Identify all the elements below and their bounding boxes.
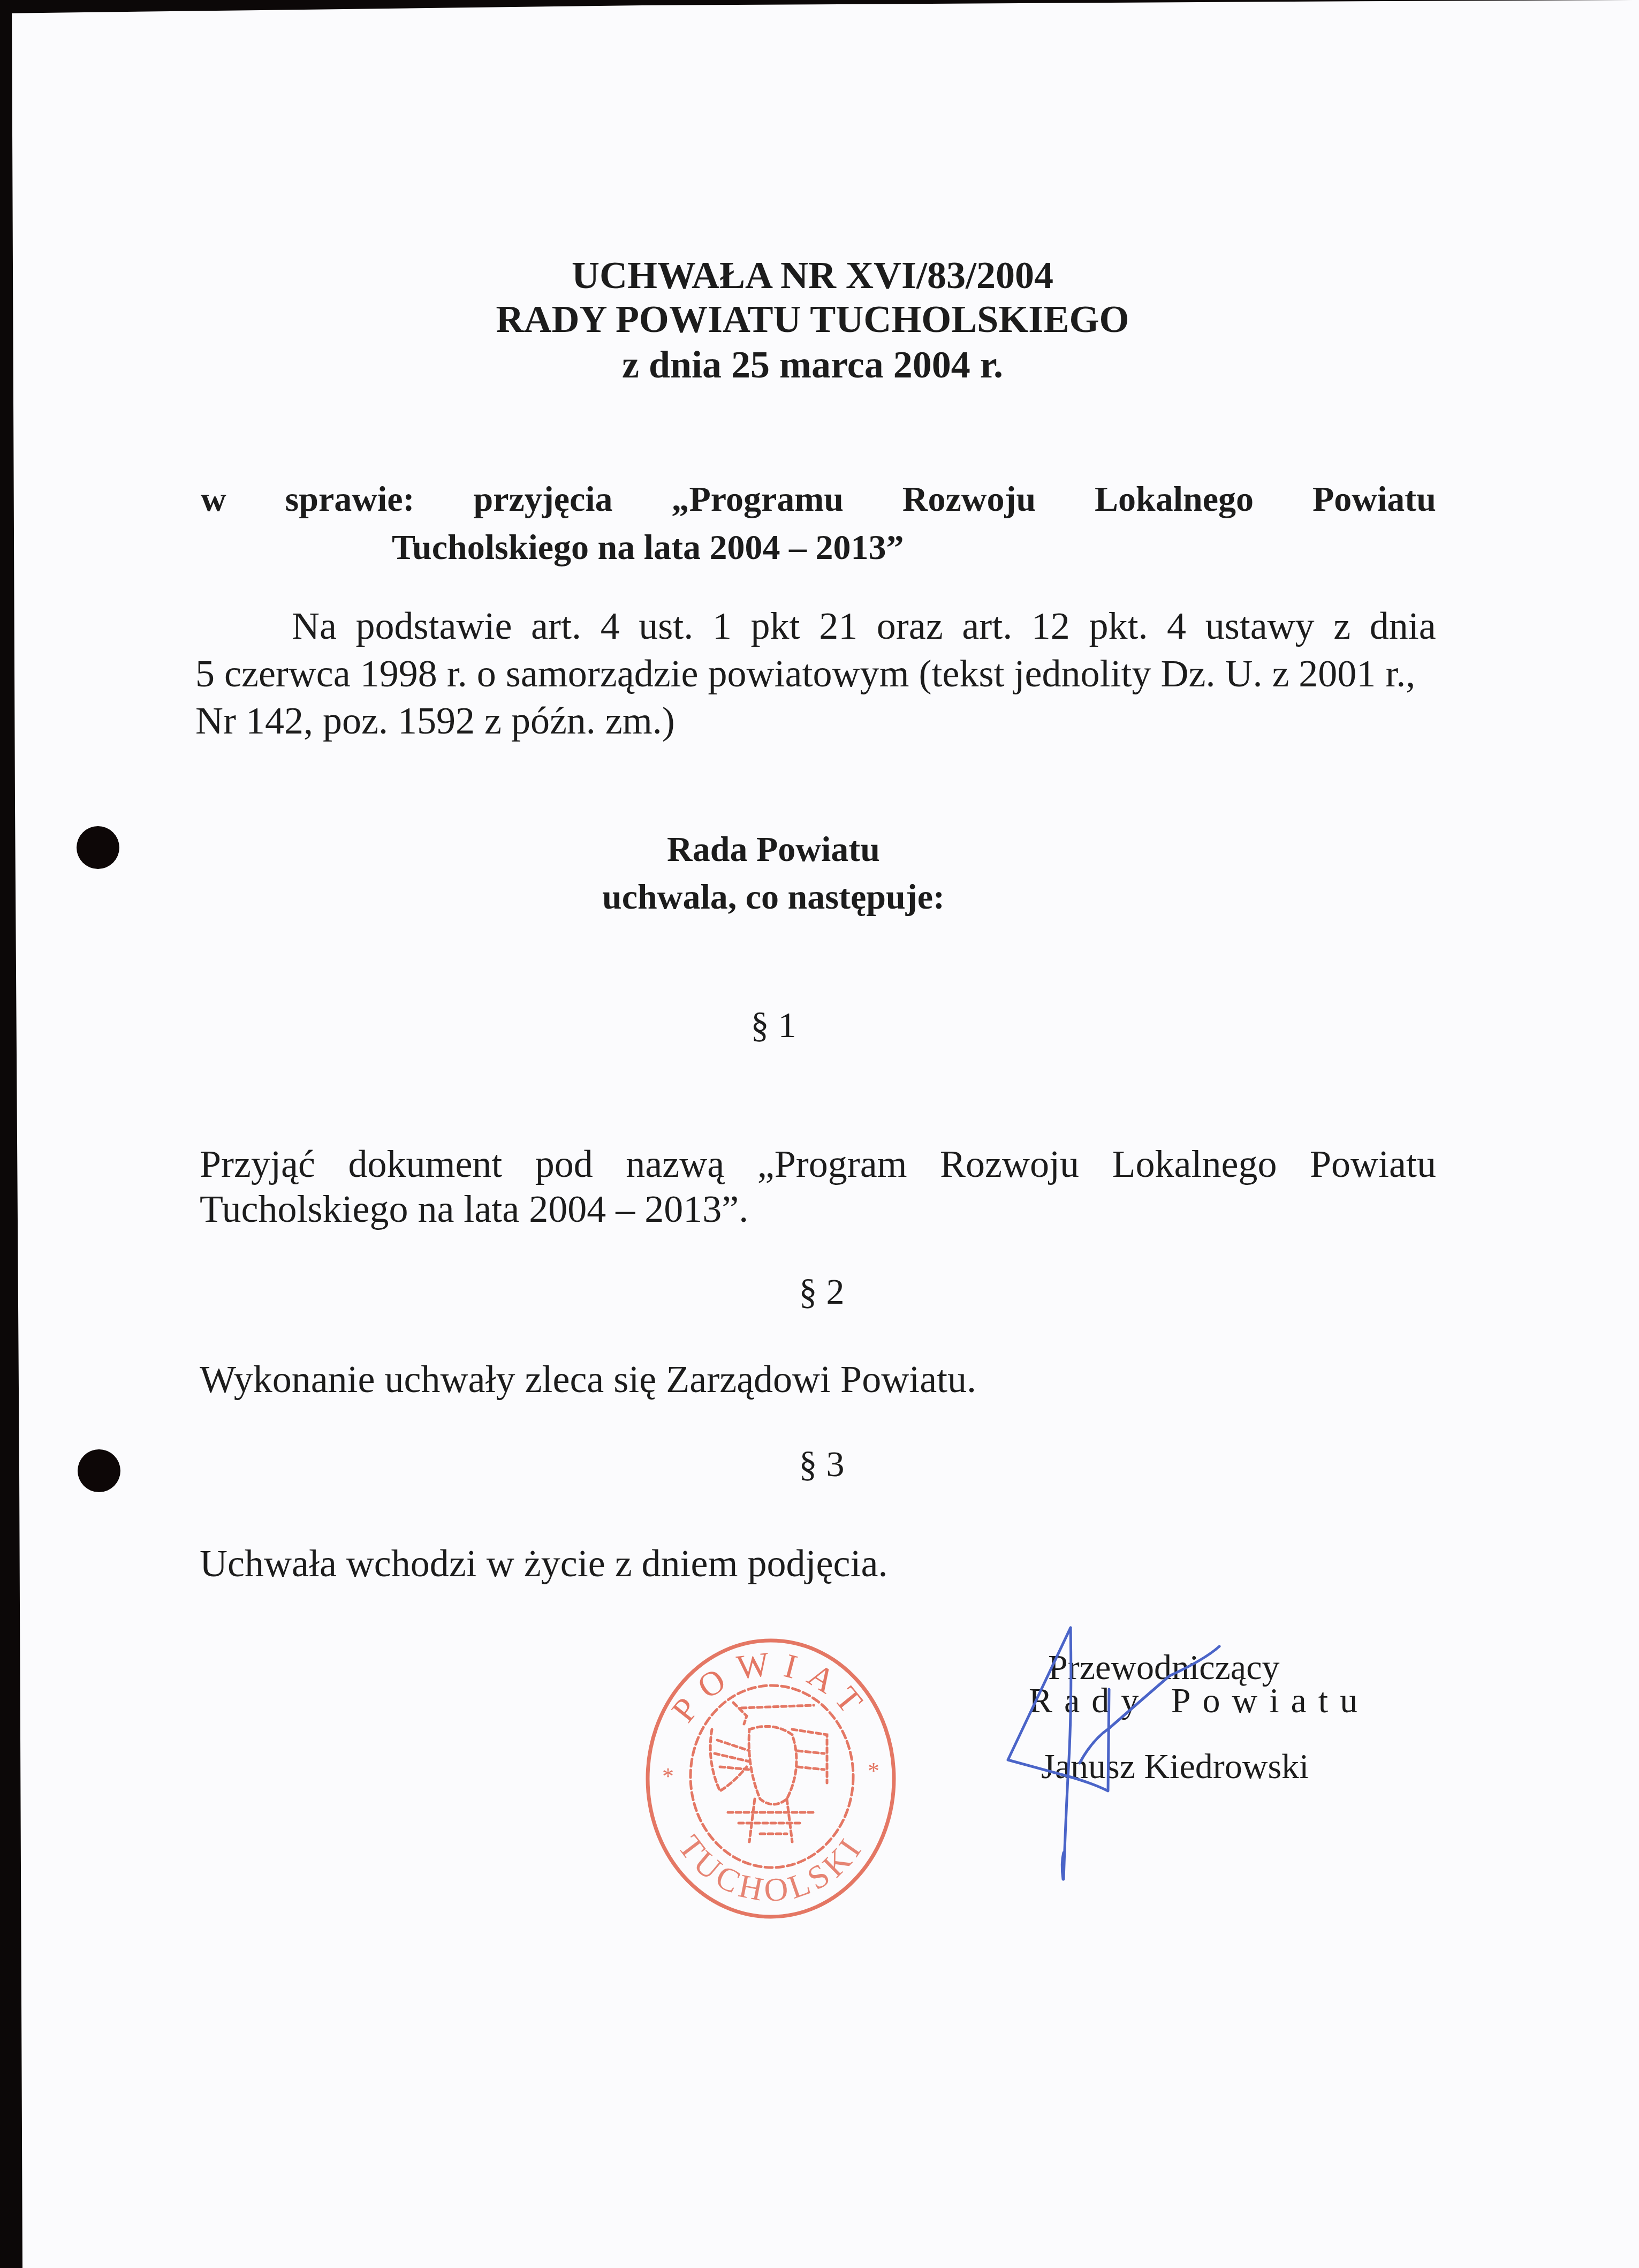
handwritten-signature [0,0,1639,2268]
scanned-document-page: UCHWAŁA NR XVI/83/2004 RADY POWIATU TUCH… [0,0,1639,2268]
